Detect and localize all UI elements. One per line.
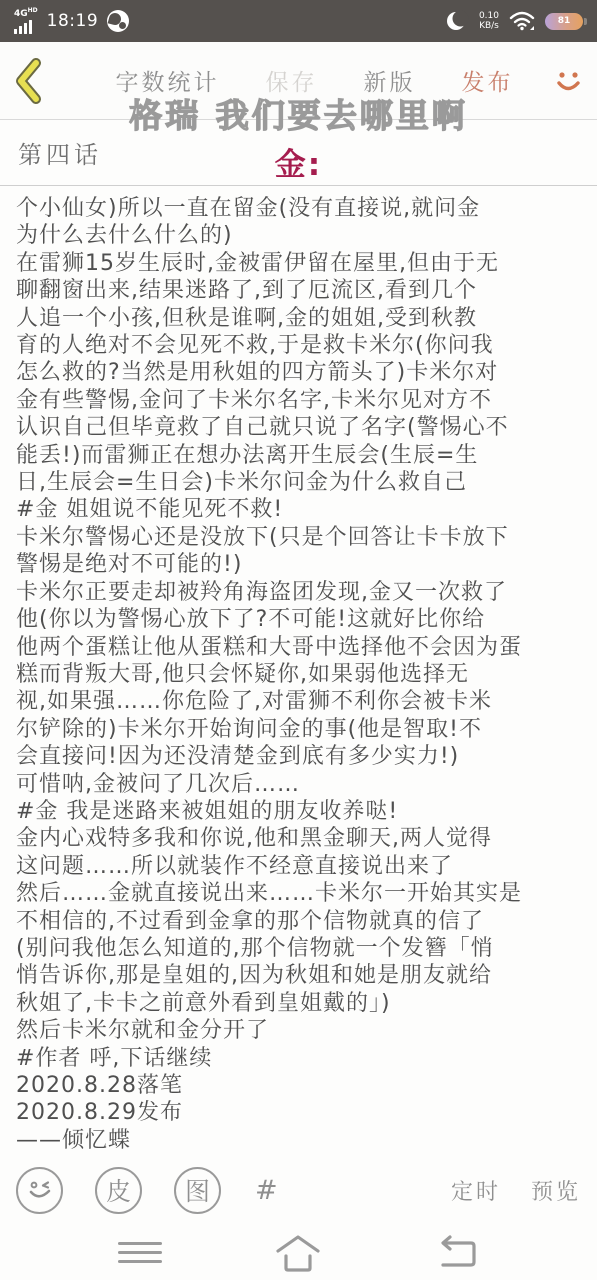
- battery-indicator: 81: [545, 13, 583, 30]
- body-text-line: 糕而背叛大哥,他只会怀疑你,如果弱他选择无: [16, 661, 587, 688]
- body-text-line: 秋姐了,卡卡之前意外看到皇姐戴的」): [16, 990, 587, 1017]
- body-text-line: 育的人绝对不会见死不救,于是救卡米尔(你问我: [16, 332, 587, 359]
- body-text-line: 金有些警惕,金问了卡米尔名字,卡米尔见对方不: [16, 387, 587, 414]
- body-text-line: #金 姐姐说不能见死不救!: [16, 496, 587, 523]
- body-text-line: #作者 呼,下话继续: [16, 1045, 587, 1072]
- body-text-line: 视,如果强……你危险了,对雷狮不利你会被卡米: [16, 688, 587, 715]
- status-time: 18:19: [47, 11, 99, 31]
- system-nav-bar: [0, 1225, 597, 1280]
- emoji-button[interactable]: [16, 1167, 63, 1214]
- body-text-line: 2020.8.28落笔: [16, 1072, 587, 1099]
- body-text-line: 尔铲除的)卡米尔开始询问金的事(他是智取!不: [16, 716, 587, 743]
- body-text-line: 悄告诉你,那是皇姐的,因为秋姐和她是朋友就给: [16, 962, 587, 989]
- home-button[interactable]: [272, 1231, 324, 1275]
- status-bar: 4GHD 18:19 0.10 KB/s 81: [0, 0, 597, 42]
- body-text-line: #金 我是迷路来被姐姐的朋友收养哒!: [16, 798, 587, 825]
- body-text-line: 他(你以为警惕心放下了?不可能!这就好比你给: [16, 606, 587, 633]
- body-text-line: 金内心戏特多我和你说,他和黑金聊天,两人觉得: [16, 825, 587, 852]
- body-text-line: 然后……金就直接说出来……卡米尔一开始其实是: [16, 880, 587, 907]
- body-text-line: 卡米尔警惕心还是没放下(只是个回答让卡卡放下: [16, 524, 587, 551]
- signal-strength-icon: 4GHD: [14, 8, 38, 34]
- body-text-line: 2020.8.29发布: [16, 1099, 587, 1126]
- body-text-line: 为什么去什么什么的): [16, 222, 587, 249]
- speaker-label: 金:: [0, 139, 597, 184]
- body-text-line: 会直接问!因为还没清楚金到底有多少实力!): [16, 743, 587, 770]
- body-text-line: 怎么救的?当然是用秋姐的四方箭头了)卡米尔对: [16, 359, 587, 386]
- wifi-icon: [509, 10, 535, 32]
- body-text-line: 然后卡米尔就和金分开了: [16, 1017, 587, 1044]
- body-text-line: 人追一个小孩,但秋是谁啊,金的姐姐,受到秋教: [16, 305, 587, 332]
- body-text-line: ——倾忆蝶: [16, 1127, 587, 1150]
- wink-smiley-icon: [23, 1173, 57, 1207]
- body-text-line: 个小仙女)所以一直在留金(没有直接说,就问金: [16, 195, 587, 222]
- body-text-line: 在雷狮15岁生辰时,金被雷伊留在屋里,但由于无: [16, 250, 587, 277]
- body-text-line: 能丢!)而雷狮正在想办法离开生辰会(生辰=生: [16, 442, 587, 469]
- body-text-line: 他两个蛋糕让他从蛋糕和大哥中选择他不会因为蛋: [16, 634, 587, 661]
- body-text-line: 不相信的,不过看到金拿的那个信物就真的信了: [16, 908, 587, 935]
- body-text-line: 可惜呐,金被问了几次后……: [16, 771, 587, 798]
- chapter-body-editor[interactable]: 个小仙女)所以一直在留金(没有直接说,就问金为什么去什么什么的)在雷狮15岁生辰…: [0, 187, 597, 1150]
- body-text-line: (别问我他怎么知道的,那个信物就一个发簪「悄: [16, 935, 587, 962]
- insert-image-button[interactable]: 图: [174, 1167, 221, 1214]
- schedule-button[interactable]: 定时: [451, 1175, 501, 1206]
- body-text-line: 聊翻窗出来,结果迷路了,到了厄流区,看到几个: [16, 277, 587, 304]
- network-speed: 0.10 KB/s: [479, 11, 499, 32]
- do-not-disturb-moon-icon: [445, 9, 469, 33]
- compose-bar: 皮 图 # 定时 预览: [0, 1155, 597, 1225]
- body-text-line: 卡米尔正要走却被羚角海盗团发现,金又一次救了: [16, 579, 587, 606]
- body-text-line: 认识自己但毕竟救了自己就只说了名字(警惕心不: [16, 414, 587, 441]
- preview-button[interactable]: 预览: [531, 1175, 581, 1206]
- running-app-icon: [107, 10, 129, 32]
- body-text-line: 这问题……所以就装作不经意直接说出来了: [16, 853, 587, 880]
- sticker-button[interactable]: 皮: [95, 1167, 142, 1214]
- book-title[interactable]: 格瑞 我们要去哪里啊: [0, 90, 597, 137]
- hashtag-button[interactable]: #: [255, 1175, 278, 1206]
- back-nav-button[interactable]: [433, 1233, 479, 1273]
- recents-menu-button[interactable]: [118, 1242, 162, 1263]
- body-text-line: 警惕是绝对不可能的!): [16, 551, 587, 578]
- body-text-line: 日,生辰会=生日会)卡米尔问金为什么救自己: [16, 469, 587, 496]
